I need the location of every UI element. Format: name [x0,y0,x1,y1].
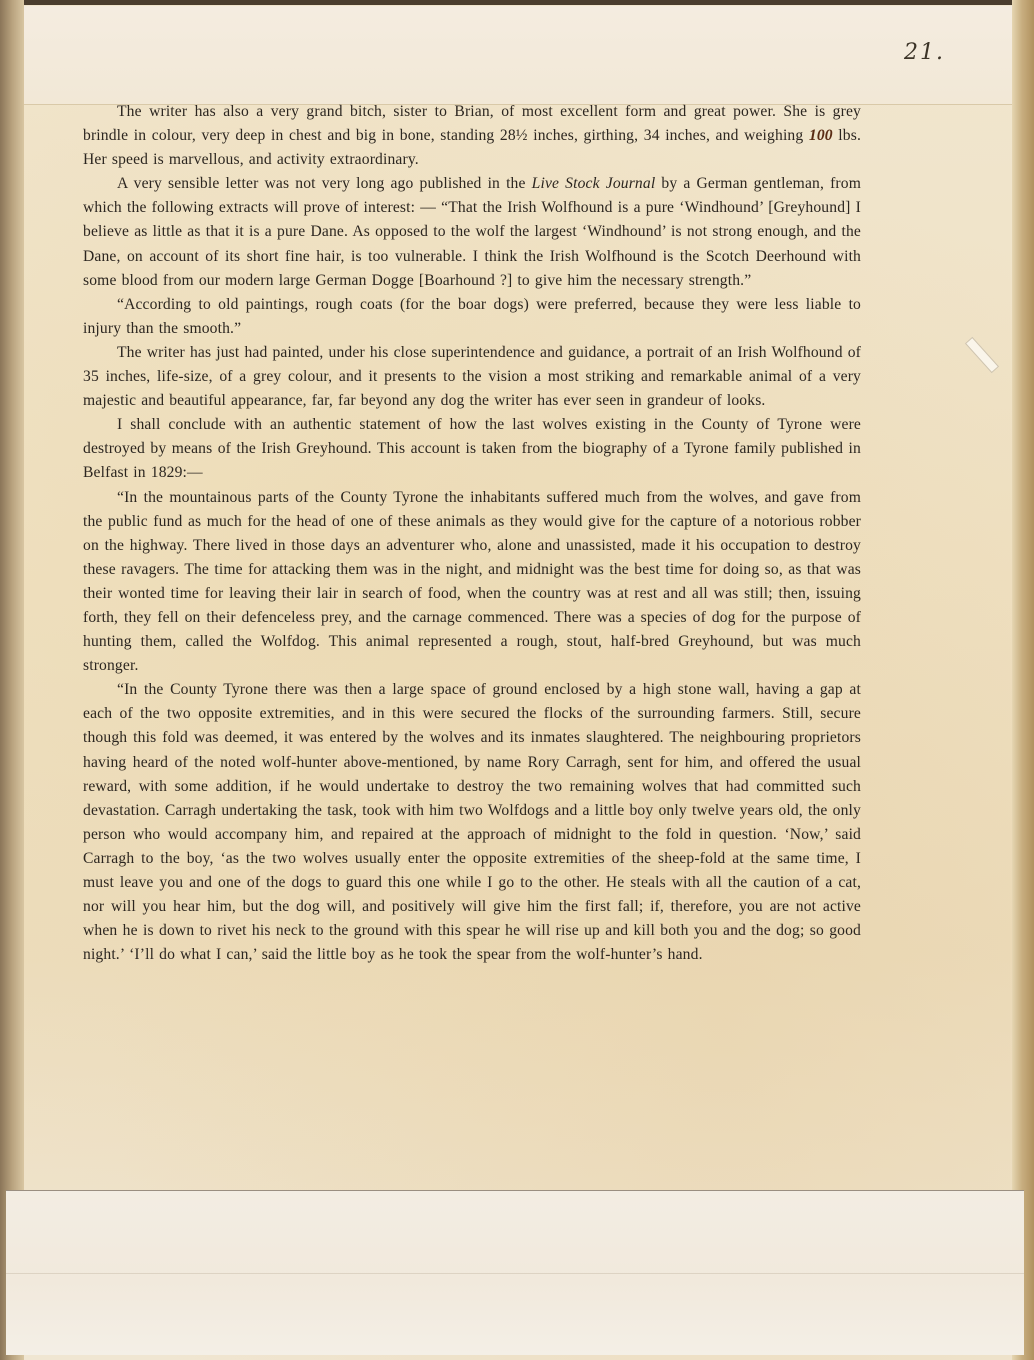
scanned-page: 21. The writer has also a very grand bit… [0,0,1034,1360]
body-text: The writer has also a very grand bitch, … [83,100,861,967]
paragraph-sister-bitch: The writer has also a very grand bitch, … [83,100,861,172]
paragraph-german-letter: A very sensible letter was not very long… [83,172,861,292]
paragraph-tyrone-wolves: “In the mountainous parts of the County … [83,486,861,679]
paragraph-old-paintings: “According to old paintings, rough coats… [83,293,861,341]
paper-tear [965,337,999,373]
binding-spine [0,0,24,1360]
paragraph-conclusion: I shall conclude with an authentic state… [83,413,861,485]
handwritten-weight: 100 [809,127,833,144]
journal-title: Live Stock Journal [532,175,656,192]
page-right-edge [1012,0,1034,1360]
page-top-edge [0,0,1034,5]
paragraph-rory-carragh: “In the County Tyrone there was then a l… [83,678,861,967]
paragraph-portrait: The writer has just had painted, under h… [83,341,861,413]
paper-bottom-flap [6,1190,1024,1355]
handwritten-page-number: 21. [904,40,945,65]
paper-top-flap [24,6,1012,105]
fold-line [6,1273,1024,1274]
